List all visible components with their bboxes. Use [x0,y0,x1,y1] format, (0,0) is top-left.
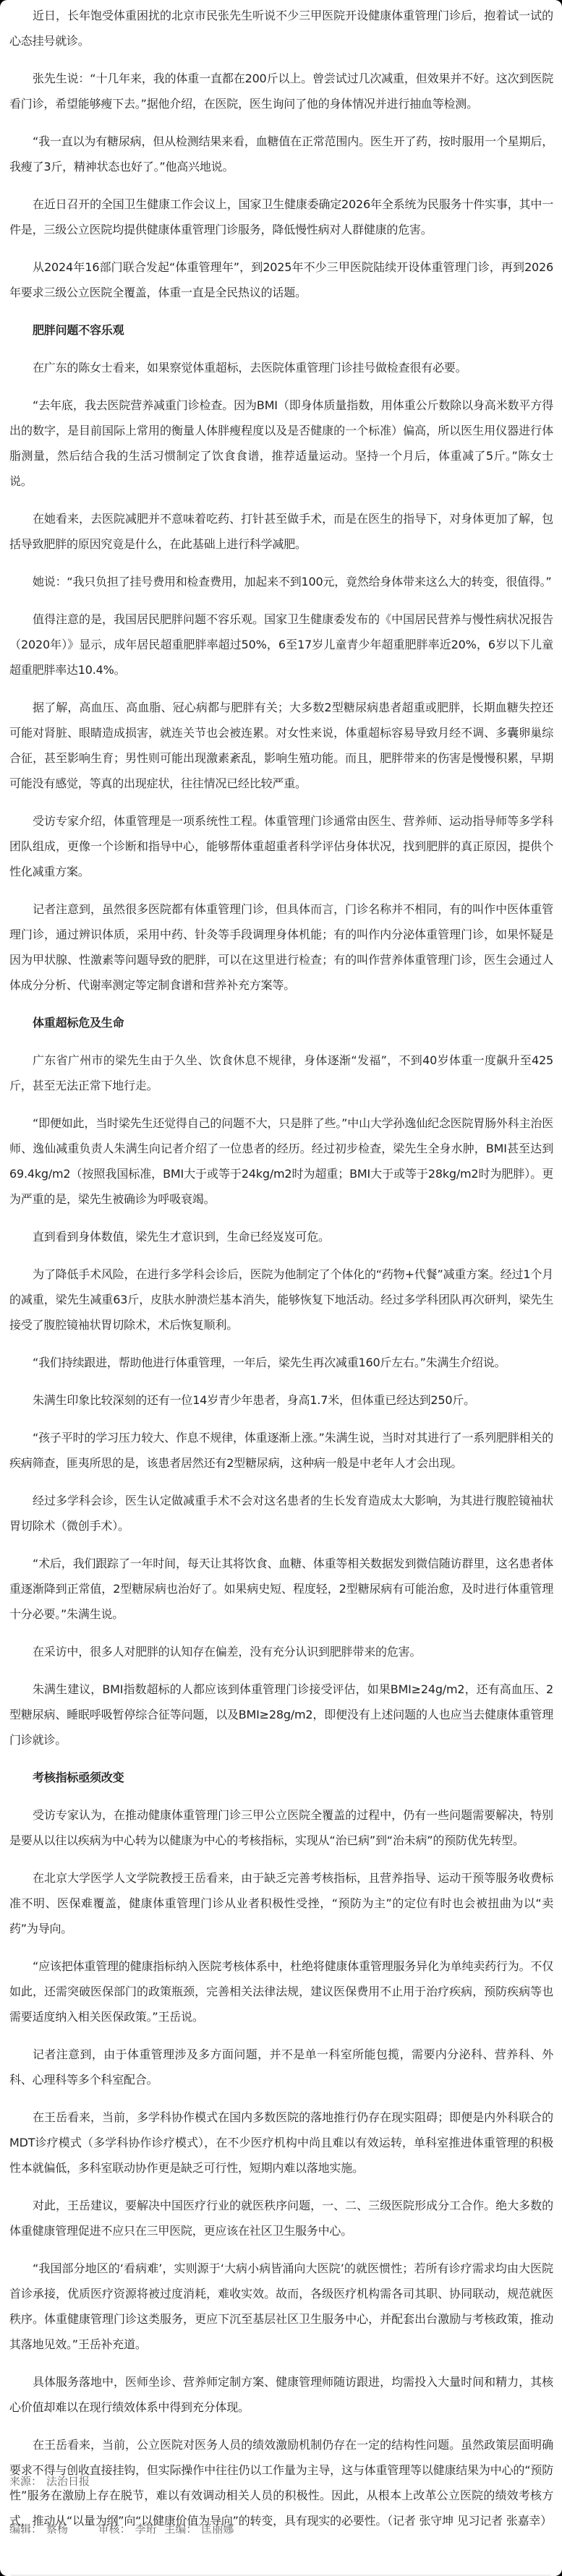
article-paragraph: 受访专家介绍，体重管理是一项系统性工程。体重管理门诊通常由医生、营养师、运动指导… [9,808,553,884]
article-paragraph: 直到看到身体数值，梁先生才意识到，生命已经岌岌可危。 [9,1224,553,1249]
article-paragraph: 朱满生建议，BMI指数超标的人都应该到体重管理门诊接受评估，如果BMI≥24g/… [9,1677,553,1753]
source-line: 来源：法治日报 [9,2473,94,2489]
article-paragraph: 对此，王岳建议，要解决中国医疗行业的就医秩序问题，一、二、三级医院形成分工合作。… [9,2193,553,2243]
article-paragraph: 在她看来，去医院减肥并不意味着吃药、打针甚至做手术，而是在医生的指导下，对身体更… [9,506,553,557]
article-paragraph: 在采访中，很多人对肥胖的认知存在偏差，没有充分认识到肥胖带来的危害。 [9,1639,553,1664]
editor-value: 蔡杨 [46,2522,68,2536]
article-paragraph: “术后，我们跟踪了一年时间，每天让其将饮食、血糖、体重等相关数据发到微信随访群里… [9,1551,553,1627]
section-heading: 体重超标危及生命 [9,1010,553,1035]
article-paragraph: “我们持续跟进，帮助他进行体重管理，一年后，梁先生再次减重160斤左右。”朱满生… [9,1350,553,1375]
article-paragraph: “去年底，我去医院营养减重门诊检查。因为BMI（即身体质量指数，用体重公斤数除以… [9,393,553,494]
editor-line: 编辑：蔡杨 审核：李珩 主编：匡丽娜 [9,2521,238,2536]
article-paragraph: 她说：“我只负担了挂号费用和检查费用，加起来不到100元，竟然给身体带来这么大的… [9,569,553,594]
chief-editor-value: 匡丽娜 [201,2522,234,2536]
article-paragraph: 受访专家认为，在推动健康体重管理门诊三甲公立医院全覆盖的过程中，仍有一些问题需要… [9,1802,553,1853]
article-paragraph: 近日，长年饱受体重困扰的北京市民张先生听说不少三甲医院开设健康体重管理门诊后，抱… [9,3,553,54]
article-paragraph: 在近日召开的全国卫生健康工作会议上，国家卫生健康委确定2026年全系统为民服务十… [9,192,553,242]
article-paragraph: 记者注意到，虽然很多医院都有体重管理门诊，但具体而言，门诊名称并不相同，有的叫作… [9,897,553,998]
reviewer-label: 审核： [98,2522,131,2536]
section-heading: 肥胖问题不容乐观 [9,317,553,343]
editor-label: 编辑： [9,2522,42,2536]
article-paragraph: 具体服务落地中，医师坐诊、营养师定制方案、健康管理师随访跟进，均需投入大量时间和… [9,2369,553,2420]
article-paragraph: “即便如此，当时梁先生还觉得自己的问题不大，只是胖了些。”中山大学孙逸仙纪念医院… [9,1111,553,1212]
article-paragraph: “我一直以为有糖尿病，但从检测结果来看，血糖值在正常范围内。医生开了药，按时服用… [9,129,553,179]
article-paragraph: 经过多学科会诊，医生认定做减重手术不会对这名患者的生长发育造成太大影响，为其进行… [9,1488,553,1539]
source-value: 法治日报 [46,2475,90,2488]
article-page: 近日，长年饱受体重困扰的北京市民张先生听说不少三甲医院开设健康体重管理门诊后，抱… [0,0,562,2576]
article-paragraph: 为了降低手术风险，在进行多学科会诊后，医院为他制定了个体化的“药物+代餐”减重方… [9,1262,553,1338]
article-paragraph: 朱满生印象比较深刻的还有一位14岁青少年患者，身高1.7米，但体重已经达到250… [9,1387,553,1413]
article-paragraph: 从2024年16部门联合发起“体重管理年”，到2025年不少三甲医院陆续开设体重… [9,254,553,305]
article-paragraph: “我国部分地区的‘看病难’，实则源于‘大病小病皆涌向大医院’的就医惯性；若所有诊… [9,2256,553,2357]
article-paragraph: “孩子平时的学习压力较大、作息不规律，体重逐渐上涨。”朱满生说，当时对其进行了一… [9,1425,553,1476]
source-label: 来源： [9,2475,42,2488]
article-paragraph: 张先生说：“十几年来，我的体重一直都在200斤以上。曾尝试过几次减重，但效果并不… [9,66,553,116]
reviewer-value: 李珩 [135,2522,157,2536]
article-paragraph: 广东省广州市的梁先生由于久坐、饮食休息不规律，身体逐渐“发福”，不到40岁体重一… [9,1048,553,1098]
article-paragraph: “应该把体重管理的健康指标纳入医院考核体系中，杜绝将健康体重管理服务异化为单纯卖… [9,1954,553,2029]
article-paragraph: 记者注意到，由于体重管理涉及多方面问题，并不是单一科室所能包揽，需要内分泌科、营… [9,2042,553,2092]
article-paragraph: 在广东的陈女士看来，如果察觉体重超标，去医院体重管理门诊挂号做检查很有必要。 [9,355,553,380]
chief-editor-label: 主编： [164,2522,197,2536]
article-body: 近日，长年饱受体重困扰的北京市民张先生听说不少三甲医院开设健康体重管理门诊后，抱… [0,0,562,2533]
article-paragraph: 在北京大学医学人文学院教授王岳看来，由于缺乏完善考核指标，且营养指导、运动干预等… [9,1865,553,1941]
article-paragraph: 据了解，高血压、高血脂、冠心病都与肥胖有关；大多数2型糖尿病患者超重或肥胖，长期… [9,695,553,796]
article-paragraph: 值得注意的是，我国居民肥胖问题不容乐观。国家卫生健康委发布的《中国居民营养与慢性… [9,607,553,682]
article-paragraph: 在王岳看来，当前，多学科协作模式在国内多数医院的落地推行仍存在现实阻碍；即便是内… [9,2105,553,2181]
section-heading: 考核指标亟须改变 [9,1765,553,1790]
